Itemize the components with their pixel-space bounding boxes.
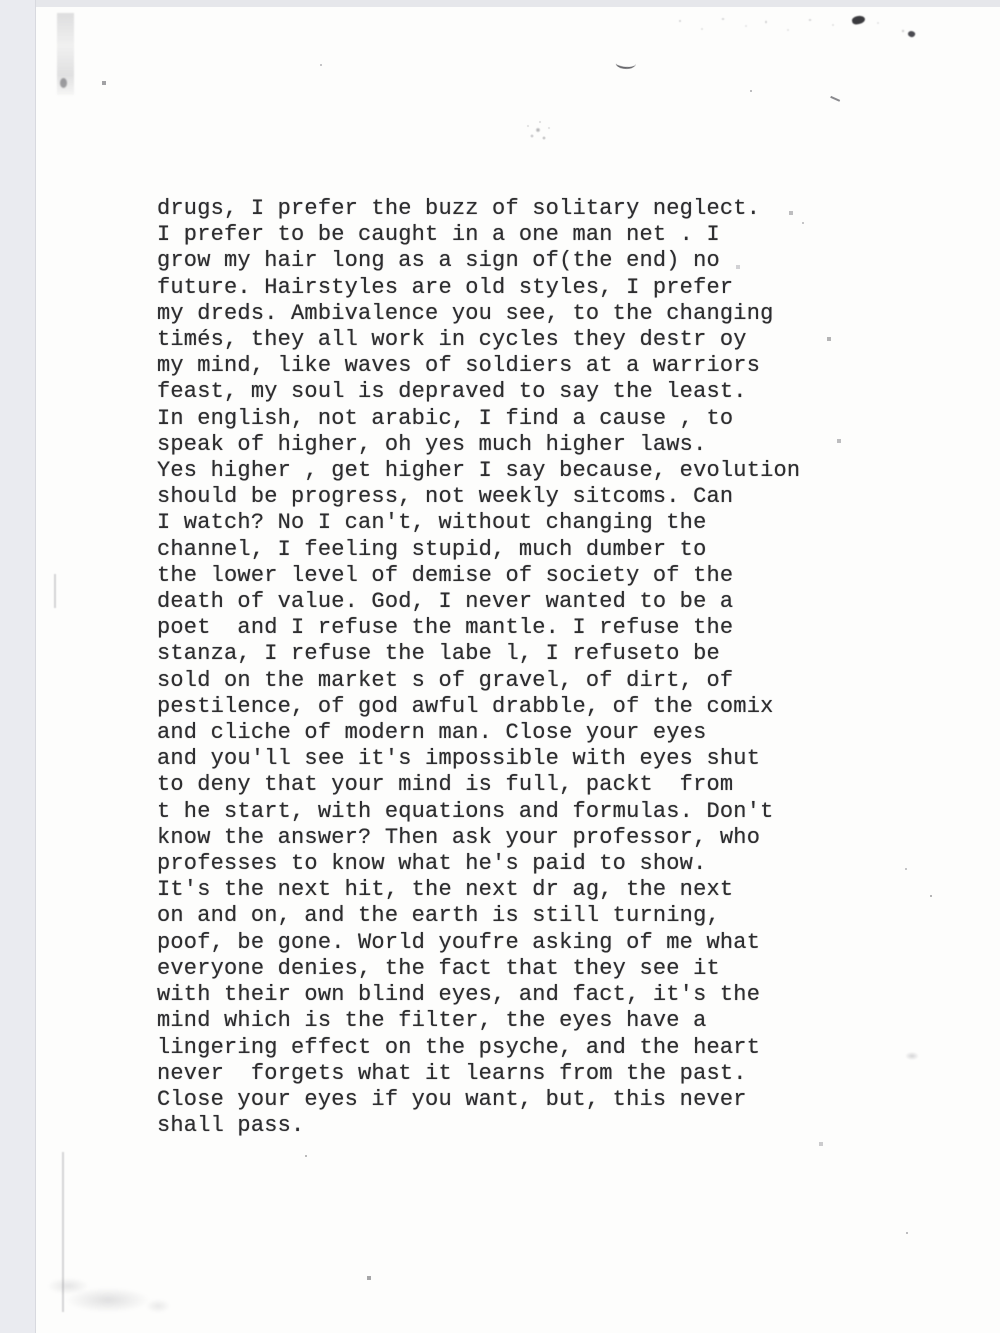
scanner-edge-left <box>0 0 36 1333</box>
scanner-edge-top <box>0 0 1000 7</box>
stray-mark <box>615 57 636 71</box>
ink-blob <box>851 15 865 26</box>
scanned-document-page: drugs, I prefer the buzz of solitary neg… <box>0 0 1000 1333</box>
scan-fold-line <box>62 1152 64 1312</box>
dust-specks <box>0 0 2 2</box>
stray-mark <box>54 574 56 608</box>
toner-smudge-cluster <box>48 1248 258 1314</box>
ink-blob <box>907 30 916 39</box>
toner-smudge-dot <box>60 78 67 88</box>
toner-smudge-bar <box>57 13 74 95</box>
toner-smudge-cluster <box>522 116 558 150</box>
speckle-band <box>668 11 938 43</box>
typewritten-text: drugs, I prefer the buzz of solitary neg… <box>157 196 857 1139</box>
stray-mark <box>830 92 842 102</box>
toner-smudge-dot <box>900 1048 926 1064</box>
